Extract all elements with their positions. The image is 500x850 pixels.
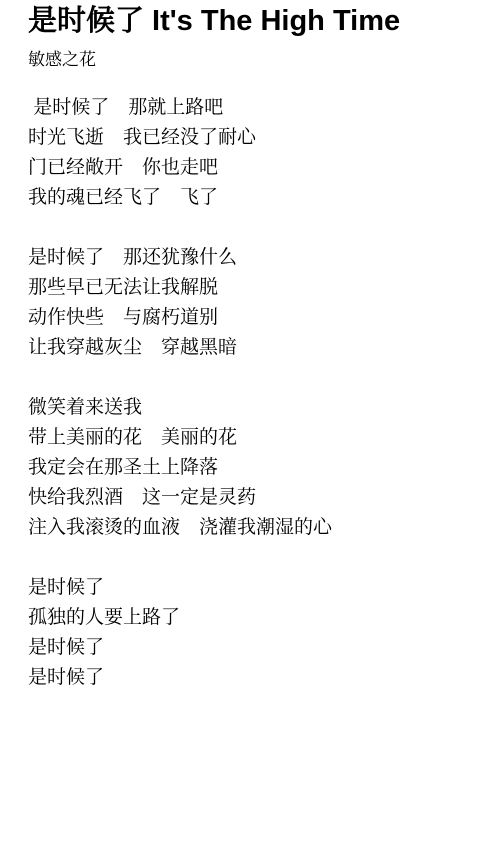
lyric-line: 注入我滚烫的血液 浇灌我潮湿的心 bbox=[28, 513, 480, 543]
lyric-line: 是时候了 bbox=[28, 573, 480, 603]
lyric-line: 让我穿越灰尘 穿越黑暗 bbox=[28, 333, 480, 363]
stanza-3: 微笑着来送我 带上美丽的花 美丽的花 我定会在那圣土上降落 快给我烈酒 这一定是… bbox=[28, 393, 480, 543]
lyric-line: 门已经敞开 你也走吧 bbox=[28, 153, 480, 183]
lyric-line: 我定会在那圣土上降落 bbox=[28, 453, 480, 483]
lyric-line: 孤独的人要上路了 bbox=[28, 603, 480, 633]
lyric-line: 微笑着来送我 bbox=[28, 393, 480, 423]
lyric-line: 我的魂已经飞了 飞了 bbox=[28, 183, 480, 213]
stanza-1: 是时候了 那就上路吧 时光飞逝 我已经没了耐心 门已经敞开 你也走吧 我的魂已经… bbox=[28, 93, 480, 213]
lyric-line: 那些早已无法让我解脱 bbox=[28, 273, 480, 303]
lyric-line: 带上美丽的花 美丽的花 bbox=[28, 423, 480, 453]
lyric-line: 是时候了 bbox=[28, 633, 480, 663]
lyric-line: 是时候了 那就上路吧 bbox=[28, 93, 480, 123]
stanza-4: 是时候了 孤独的人要上路了 是时候了 是时候了 bbox=[28, 573, 480, 693]
artist-name: 敏感之花 bbox=[28, 45, 480, 70]
lyric-line: 时光飞逝 我已经没了耐心 bbox=[28, 123, 480, 153]
page-title: 是时候了 It's The High Time bbox=[28, 4, 480, 39]
stanza-2: 是时候了 那还犹豫什么 那些早已无法让我解脱 动作快些 与腐朽道别 让我穿越灰尘… bbox=[28, 243, 480, 363]
lyrics-page: 是时候了 It's The High Time 敏感之花 是时候了 那就上路吧 … bbox=[0, 0, 500, 693]
lyric-line: 动作快些 与腐朽道别 bbox=[28, 303, 480, 333]
lyric-line: 快给我烈酒 这一定是灵药 bbox=[28, 483, 480, 513]
lyrics-body: 是时候了 那就上路吧 时光飞逝 我已经没了耐心 门已经敞开 你也走吧 我的魂已经… bbox=[28, 93, 480, 693]
lyric-line: 是时候了 那还犹豫什么 bbox=[28, 243, 480, 273]
lyric-line: 是时候了 bbox=[28, 663, 480, 693]
